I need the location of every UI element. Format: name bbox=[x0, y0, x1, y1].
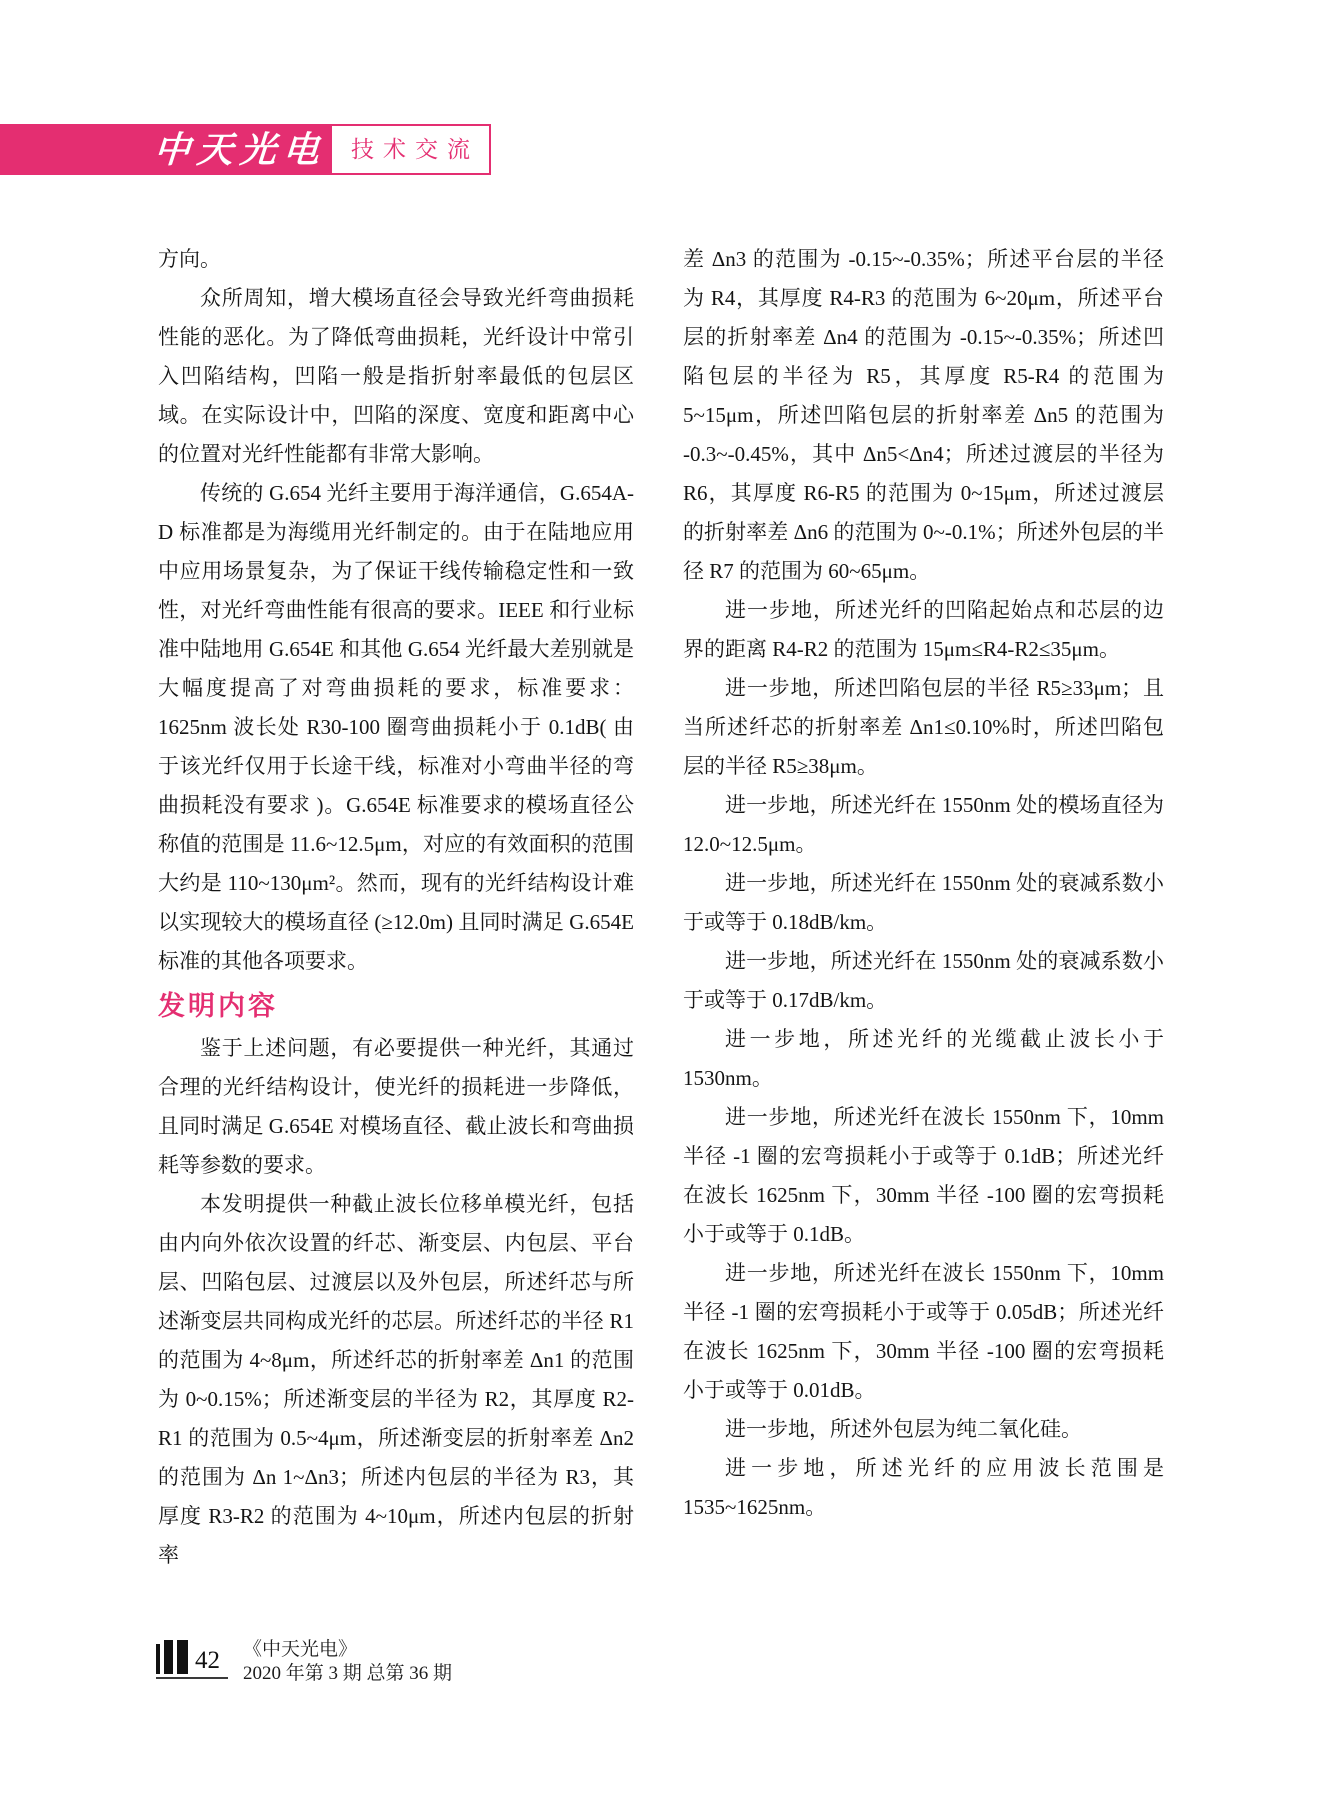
section-tag-box: 技术交流 bbox=[330, 124, 491, 175]
page-number-group: 42 bbox=[156, 1640, 228, 1679]
paragraph: 进一步地，所述光纤在波长 1550nm 下，10mm 半径 -1 圈的宏弯损耗小… bbox=[683, 1098, 1164, 1254]
invention-content-heading: 发明内容 bbox=[158, 990, 634, 1022]
header-banner: 中天光电 bbox=[0, 124, 330, 175]
page-footer: 42 《中天光电》 2020 年第 3 期 总第 36 期 bbox=[156, 1640, 452, 1686]
left-text-column: 方向。众所周知，增大模场直径会导致光纤弯曲损耗性能的恶化。为了降低弯曲损耗，光纤… bbox=[158, 240, 634, 1575]
paragraph: 进一步地，所述凹陷包层的半径 R5≥33μm；且当所述纤芯的折射率差 Δn1≤0… bbox=[683, 669, 1164, 786]
section-tag-label: 技术交流 bbox=[342, 138, 479, 161]
left-column-bottom-paragraphs: 鉴于上述问题，有必要提供一种光纤，其通过合理的光纤结构设计，使光纤的损耗进一步降… bbox=[158, 1029, 634, 1575]
paragraph: 进一步地，所述光纤的应用波长范围是 1535~1625nm。 bbox=[683, 1449, 1164, 1527]
paragraph: 进一步地，所述光纤在波长 1550nm 下，10mm 半径 -1 圈的宏弯损耗小… bbox=[683, 1254, 1164, 1410]
paragraph: 进一步地，所述光纤在 1550nm 处的衰减系数小于或等于 0.18dB/km。 bbox=[683, 864, 1164, 942]
page-number: 42 bbox=[195, 1647, 220, 1674]
paragraph: 众所周知，增大模场直径会导致光纤弯曲损耗性能的恶化。为了降低弯曲损耗，光纤设计中… bbox=[158, 279, 634, 474]
right-text-column: 差 Δn3 的范围为 -0.15~-0.35%；所述平台层的半径为 R4，其厚度… bbox=[683, 240, 1164, 1527]
paragraph: 进一步地，所述外包层为纯二氧化硅。 bbox=[683, 1410, 1164, 1449]
journal-page: 中天光电 技术交流 方向。众所周知，增大模场直径会导致光纤弯曲损耗性能的恶化。为… bbox=[0, 0, 1323, 1796]
journal-issue-line: 2020 年第 3 期 总第 36 期 bbox=[243, 1662, 452, 1686]
journal-title: 《中天光电》 bbox=[243, 1638, 452, 1662]
paragraph: 鉴于上述问题，有必要提供一种光纤，其通过合理的光纤结构设计，使光纤的损耗进一步降… bbox=[158, 1029, 634, 1185]
journal-info: 《中天光电》 2020 年第 3 期 总第 36 期 bbox=[243, 1638, 452, 1686]
paragraph: 本发明提供一种截止波长位移单模光纤，包括由内向外依次设置的纤芯、渐变层、内包层、… bbox=[158, 1185, 634, 1575]
left-column-top-paragraphs: 方向。众所周知，增大模场直径会导致光纤弯曲损耗性能的恶化。为了降低弯曲损耗，光纤… bbox=[158, 240, 634, 981]
paragraph: 差 Δn3 的范围为 -0.15~-0.35%；所述平台层的半径为 R4，其厚度… bbox=[683, 240, 1164, 591]
paragraph: 进一步地，所述光纤的凹陷起始点和芯层的边界的距离 R4-R2 的范围为 15μm… bbox=[683, 591, 1164, 669]
brand-logo: 中天光电 bbox=[153, 132, 332, 168]
page-marker-bars-icon bbox=[156, 1640, 188, 1674]
paragraph: 方向。 bbox=[158, 240, 634, 279]
paragraph: 进一步地，所述光纤在 1550nm 处的衰减系数小于或等于 0.17dB/km。 bbox=[683, 942, 1164, 1020]
paragraph: 进一步地，所述光纤在 1550nm 处的模场直径为 12.0~12.5μm。 bbox=[683, 786, 1164, 864]
paragraph: 进一步地，所述光纤的光缆截止波长小于 1530nm。 bbox=[683, 1020, 1164, 1098]
paragraph: 传统的 G.654 光纤主要用于海洋通信，G.654A-D 标准都是为海缆用光纤… bbox=[158, 474, 634, 981]
